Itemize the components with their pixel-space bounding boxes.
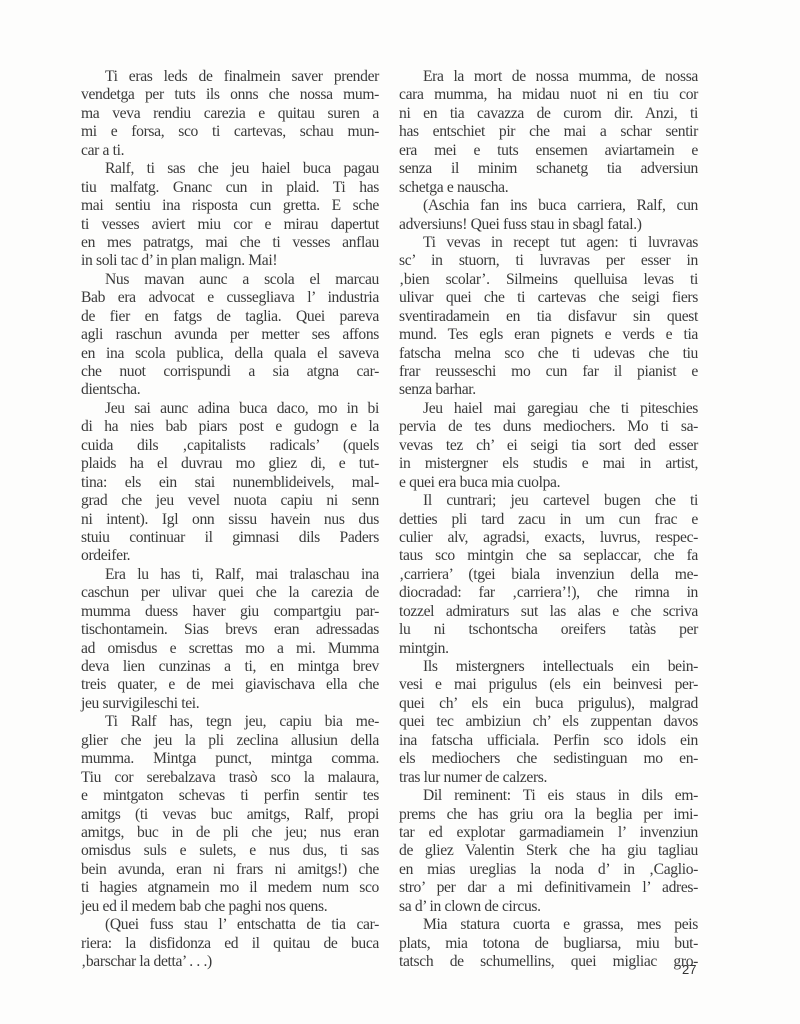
text-line: ad omisdus e screttas mo a mi. Mumma — [81, 640, 379, 658]
text-line: ulivar quei che ti cartevas che seigi fi… — [399, 289, 698, 307]
text-line: caschun per ulivar quei che la carezia d… — [81, 584, 379, 602]
text-line: mi e forsa, sco ti cartevas, schau mun- — [81, 123, 379, 141]
text-line: dientscha. — [81, 381, 379, 399]
text-line: tina: els ein stai nunemblideivels, mal- — [81, 474, 379, 492]
paragraph-start-line: Era lu has ti, Ralf, mai tralaschau ina — [81, 566, 379, 584]
text-line: Bab era advocat e cussegliava l’ industr… — [81, 289, 379, 307]
text-line: ‚bien scolar’. Silmeins quelluisa levas … — [399, 271, 698, 289]
text-line: senza barhar. — [399, 381, 698, 399]
book-page: Ti eras leds de finalmein saver prenderv… — [0, 0, 800, 1024]
text-line: vesi e mai prigulus (els ein beinvesi pe… — [399, 676, 698, 694]
text-line: pervia de tes duns mediochers. Mo ti sa- — [399, 418, 698, 436]
text-line: tatsch de schumellins, quei migliac gro- — [399, 953, 698, 971]
text-line: agli raschun avunda per metter ses affon… — [81, 326, 379, 344]
text-line: sventiradamein en tia disfavur sin quest — [399, 308, 698, 326]
paragraph-start-line: Ti Ralf has, tegn jeu, capiu bia me- — [81, 713, 379, 731]
text-line: de fier en fatgs de taglia. Quei pareva — [81, 308, 379, 326]
text-line: Tiu cor serebalzava trasò sco la malaura… — [81, 769, 379, 787]
page-number: 27 — [682, 962, 696, 977]
text-line: adversiuns! Quei fuss stau in sbagl fata… — [399, 216, 698, 234]
text-line: amitgs (ti vevas buc amitgs, Ralf, propi — [81, 806, 379, 824]
text-line: ina fatscha ufficiala. Perfin sco idols … — [399, 732, 698, 750]
text-line: stuiu continuar il gimnasi dils Paders — [81, 529, 379, 547]
text-line: diocradad: far ‚carriera’!), che rimna i… — [399, 584, 698, 602]
paragraph-start-line: (Aschia fan ins buca carriera, Ralf, cun — [399, 197, 698, 215]
text-line: bein avunda, eran ni frars ni amitgs!) c… — [81, 861, 379, 879]
right-column: Era la mort de nossa mumma, de nossacara… — [399, 68, 698, 971]
text-line: sa d’ in clown de circus. — [399, 898, 698, 916]
text-line: tozzel admiraturs sut las alas e che scr… — [399, 603, 698, 621]
text-line: era mei e tuts ensemen aviartamein e — [399, 142, 698, 160]
text-line: car a ti. — [81, 142, 379, 160]
text-line: sc’ in stuorn, ti luvravas per esser in — [399, 252, 698, 270]
text-line: e mintgaton schevas ti perfin sentir tes — [81, 787, 379, 805]
text-line: amitgs, buc in de pli che jeu; nus eran — [81, 824, 379, 842]
text-line: els mediochers che sedistinguan mo en- — [399, 750, 698, 768]
text-line: jeu ed il medem bab che paghi nos quens. — [81, 898, 379, 916]
text-line: tiu malfatg. Gnanc cun in plaid. Ti has — [81, 179, 379, 197]
paragraph-start-line: Ralf, ti sas che jeu haiel buca pagau — [81, 160, 379, 178]
text-line: jeu survigileschi tei. — [81, 695, 379, 713]
paragraph-start-line: Nus mavan aunc a scola el marcau — [81, 271, 379, 289]
text-line: omisdus suls e sulets, e nus dus, ti sas — [81, 842, 379, 860]
text-line: en mias ureglias la noda d’ in ‚Caglio- — [399, 861, 698, 879]
paragraph-start-line: Jeu sai aunc adina buca daco, mo in bi — [81, 400, 379, 418]
text-line: mumma duess haver giu compartgiu par- — [81, 603, 379, 621]
text-line: ‚carriera’ (tgei biala invenziun della m… — [399, 566, 698, 584]
paragraph-start-line: Era la mort de nossa mumma, de nossa — [399, 68, 698, 86]
text-line: tras lur numer de calzers. — [399, 769, 698, 787]
text-line: e quei era buca mia cuolpa. — [399, 474, 698, 492]
text-line: ‚barschar la detta’ . . .) — [81, 953, 379, 971]
text-line: mund. Tes egls eran pignets e verds e ti… — [399, 326, 698, 344]
text-line: che nuot corrispundi a sia atgna car- — [81, 363, 379, 381]
text-line: mai sentiu ina risposta cun gretta. E sc… — [81, 197, 379, 215]
text-line: deva lien cunzinas a ti, en mintga brev — [81, 658, 379, 676]
text-line: mintgin. — [399, 640, 698, 658]
text-line: en mes patratgs, mai che ti vesses anfla… — [81, 234, 379, 252]
left-column: Ti eras leds de finalmein saver prenderv… — [81, 68, 379, 971]
paragraph-start-line: Ils mistergners intellectuals ein bein- — [399, 658, 698, 676]
text-line: vevas tez ch’ ei seigi tia sort ded esse… — [399, 437, 698, 455]
text-line: treis quater, e de mei giavischava ella … — [81, 676, 379, 694]
text-line: ni en tia cavazza de curom dir. Anzi, ti — [399, 105, 698, 123]
text-line: di ha nies bab piars post e gudogn e la — [81, 418, 379, 436]
paragraph-start-line: Jeu haiel mai garegiau che ti piteschies — [399, 400, 698, 418]
text-line: has entschiet pir che mai a schar sentir — [399, 123, 698, 141]
text-line: mumma. Mintga punct, mintga comma. — [81, 750, 379, 768]
text-line: tar ed explotar garmadiamein l’ invenziu… — [399, 824, 698, 842]
paragraph-start-line: Ti vevas in recept tut agen: ti luvravas — [399, 234, 698, 252]
text-line: plaids ha el duvrau mo gliez di, e tut- — [81, 455, 379, 473]
text-line: vendetga per tuts ils onns che nossa mum… — [81, 86, 379, 104]
text-line: grad che jeu vevel nuota capiu ni senn — [81, 492, 379, 510]
text-line: stro’ per dar a mi definitivamein l’ adr… — [399, 879, 698, 897]
text-line: ordeifer. — [81, 547, 379, 565]
paragraph-start-line: Mia statura cuorta e grassa, mes peis — [399, 916, 698, 934]
text-line: ti vesses aviert miu cor e mirau dapertu… — [81, 216, 379, 234]
text-line: en ina scola publica, della quala el sav… — [81, 345, 379, 363]
text-line: fatscha melna sco che ti udevas che tiu — [399, 345, 698, 363]
text-line: frar reusseschi mo cun far il pianist e — [399, 363, 698, 381]
text-line: ti hagies atgnamein mo il medem num sco — [81, 879, 379, 897]
text-line: taus sco mintgin che sa seplaccar, che f… — [399, 547, 698, 565]
text-line: quei tec ambiziun ch’ els zuppentan davo… — [399, 713, 698, 731]
text-line: ni intent). Igl onn sissu havein nus dus — [81, 511, 379, 529]
text-line: ma veva rendiu carezia e quitau suren a — [81, 105, 379, 123]
paragraph-start-line: Dil reminent: Ti eis staus in dils em- — [399, 787, 698, 805]
text-line: detties pli tard zacu in um cun frac e — [399, 511, 698, 529]
text-line: cara mumma, ha midau nuot ni en tiu cor — [399, 86, 698, 104]
paragraph-start-line: Ti eras leds de finalmein saver prender — [81, 68, 379, 86]
text-line: schetga e nauscha. — [399, 179, 698, 197]
text-line: quei ch’ els ein buca prigulus), malgrad — [399, 695, 698, 713]
paragraph-start-line: (Quei fuss stau l’ entschatta de tia car… — [81, 916, 379, 934]
text-line: prems che has griu ora la beglia per imi… — [399, 806, 698, 824]
text-line: de gliez Valentin Sterk che ha giu tagli… — [399, 842, 698, 860]
text-line: in mistergner els studis e mai in artist… — [399, 455, 698, 473]
paragraph-start-line: Il cuntrari; jeu cartevel bugen che ti — [399, 492, 698, 510]
text-line: tischontamein. Sias brevs eran adressada… — [81, 621, 379, 639]
text-line: senza il minim schanetg tia adversiun — [399, 160, 698, 178]
text-line: culier alv, agradsi, exacts, luvrus, res… — [399, 529, 698, 547]
text-line: glier che jeu la pli zeclina allusiun de… — [81, 732, 379, 750]
text-line: lu ni tschontscha oreifers tatàs per — [399, 621, 698, 639]
text-line: plats, mia totona de bugliarsa, miu but- — [399, 935, 698, 953]
text-line: riera: la disfidonza ed il quitau de buc… — [81, 935, 379, 953]
text-line: in soli tac d’ in plan malign. Mai! — [81, 252, 379, 270]
text-line: cuida dils ‚capitalists radicals’ (quels — [81, 437, 379, 455]
